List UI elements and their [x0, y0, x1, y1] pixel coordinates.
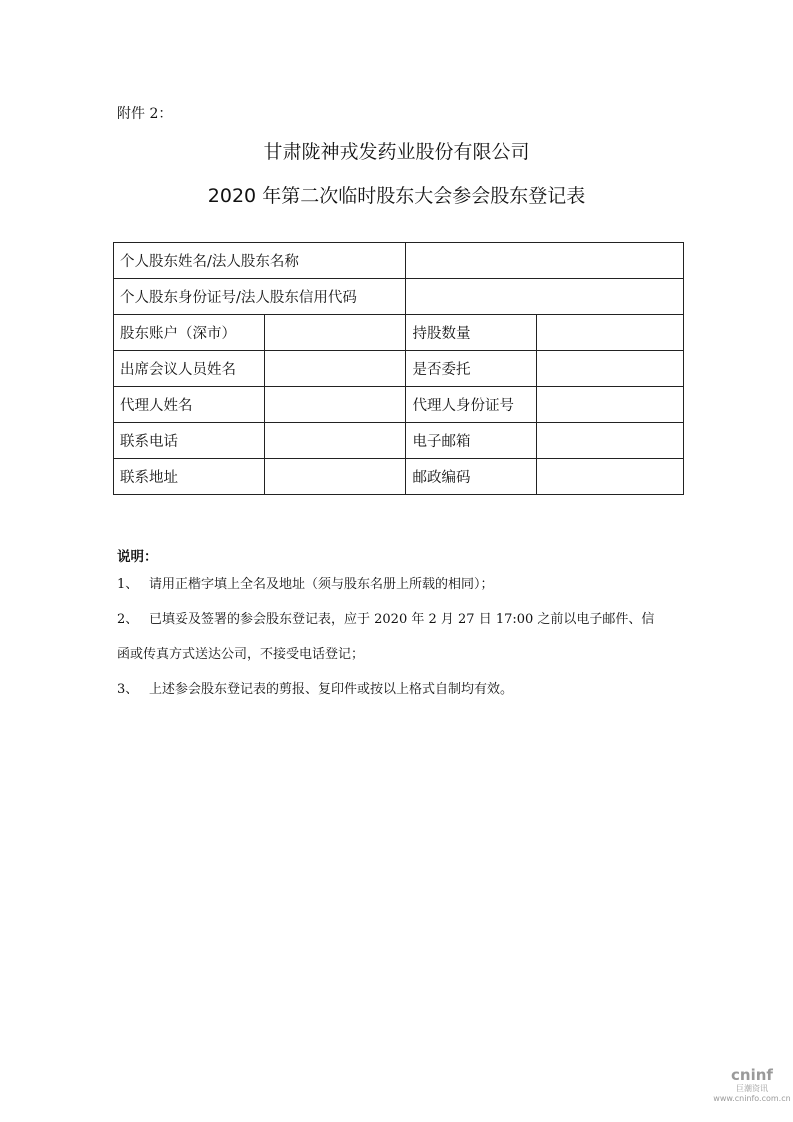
form-title: 2020 年第二次临时股东大会参会股东登记表	[0, 181, 793, 208]
note-item: 1、请用正楷字填上全名及地址（须与股东名册上所载的相同）；	[117, 575, 697, 610]
note-number: 3、	[117, 680, 149, 700]
note-number: 1、	[117, 575, 149, 595]
field-value-input[interactable]	[264, 351, 406, 387]
table-row: 代理人姓名 代理人身份证号	[114, 387, 684, 423]
field-value-input[interactable]	[537, 423, 684, 459]
field-label: 持股数量	[406, 315, 537, 351]
table-row: 股东账户（深市） 持股数量	[114, 315, 684, 351]
cninfo-logo-icon: cninf	[712, 1066, 792, 1084]
cninfo-watermark: cninf 巨潮资讯 www.cninfo.com.cn	[712, 1066, 792, 1103]
field-label: 邮政编码	[406, 459, 537, 495]
field-value-input[interactable]	[537, 351, 684, 387]
field-value-input[interactable]	[537, 459, 684, 495]
field-value-input[interactable]	[264, 423, 406, 459]
notes-section: 说明： 1、请用正楷字填上全名及地址（须与股东名册上所载的相同）； 2、已填妥及…	[117, 545, 697, 715]
field-value-input[interactable]	[406, 279, 684, 315]
table-row: 联系地址 邮政编码	[114, 459, 684, 495]
field-label: 出席会议人员姓名	[114, 351, 265, 387]
note-number: 2、	[117, 610, 149, 630]
note-continuation: 函或传真方式送达公司，不接受电话登记；	[117, 645, 697, 680]
field-label: 是否委托	[406, 351, 537, 387]
watermark-subtitle: 巨潮资讯	[712, 1084, 792, 1094]
field-label: 联系地址	[114, 459, 265, 495]
field-value-input[interactable]	[264, 315, 406, 351]
table-row: 联系电话 电子邮箱	[114, 423, 684, 459]
watermark-url: www.cninfo.com.cn	[712, 1094, 792, 1103]
field-label: 个人股东身份证号/法人股东信用代码	[114, 279, 406, 315]
field-label: 代理人姓名	[114, 387, 265, 423]
field-label: 代理人身份证号	[406, 387, 537, 423]
field-value-input[interactable]	[406, 243, 684, 279]
table-row: 个人股东身份证号/法人股东信用代码	[114, 279, 684, 315]
field-label: 电子邮箱	[406, 423, 537, 459]
note-text: 已填妥及签署的参会股东登记表，应于 2020 年 2 月 27 日 17:00 …	[149, 612, 654, 627]
field-value-input[interactable]	[264, 459, 406, 495]
table-row: 个人股东姓名/法人股东名称	[114, 243, 684, 279]
note-item: 3、上述参会股东登记表的剪报、复印件或按以上格式自制均有效。	[117, 680, 697, 715]
field-label: 股东账户（深市）	[114, 315, 265, 351]
company-title: 甘肃陇神戎发药业股份有限公司	[0, 137, 793, 164]
note-text: 上述参会股东登记表的剪报、复印件或按以上格式自制均有效。	[149, 682, 513, 697]
field-value-input[interactable]	[264, 387, 406, 423]
field-label: 个人股东姓名/法人股东名称	[114, 243, 406, 279]
field-value-input[interactable]	[537, 315, 684, 351]
notes-heading: 说明：	[117, 545, 697, 565]
note-text: 请用正楷字填上全名及地址（须与股东名册上所载的相同）；	[149, 577, 494, 592]
field-label: 联系电话	[114, 423, 265, 459]
registration-table: 个人股东姓名/法人股东名称 个人股东身份证号/法人股东信用代码 股东账户（深市）…	[113, 242, 684, 495]
field-value-input[interactable]	[537, 387, 684, 423]
note-item: 2、已填妥及签署的参会股东登记表，应于 2020 年 2 月 27 日 17:0…	[117, 610, 697, 645]
attachment-label: 附件 2：	[117, 103, 172, 123]
table-row: 出席会议人员姓名 是否委托	[114, 351, 684, 387]
